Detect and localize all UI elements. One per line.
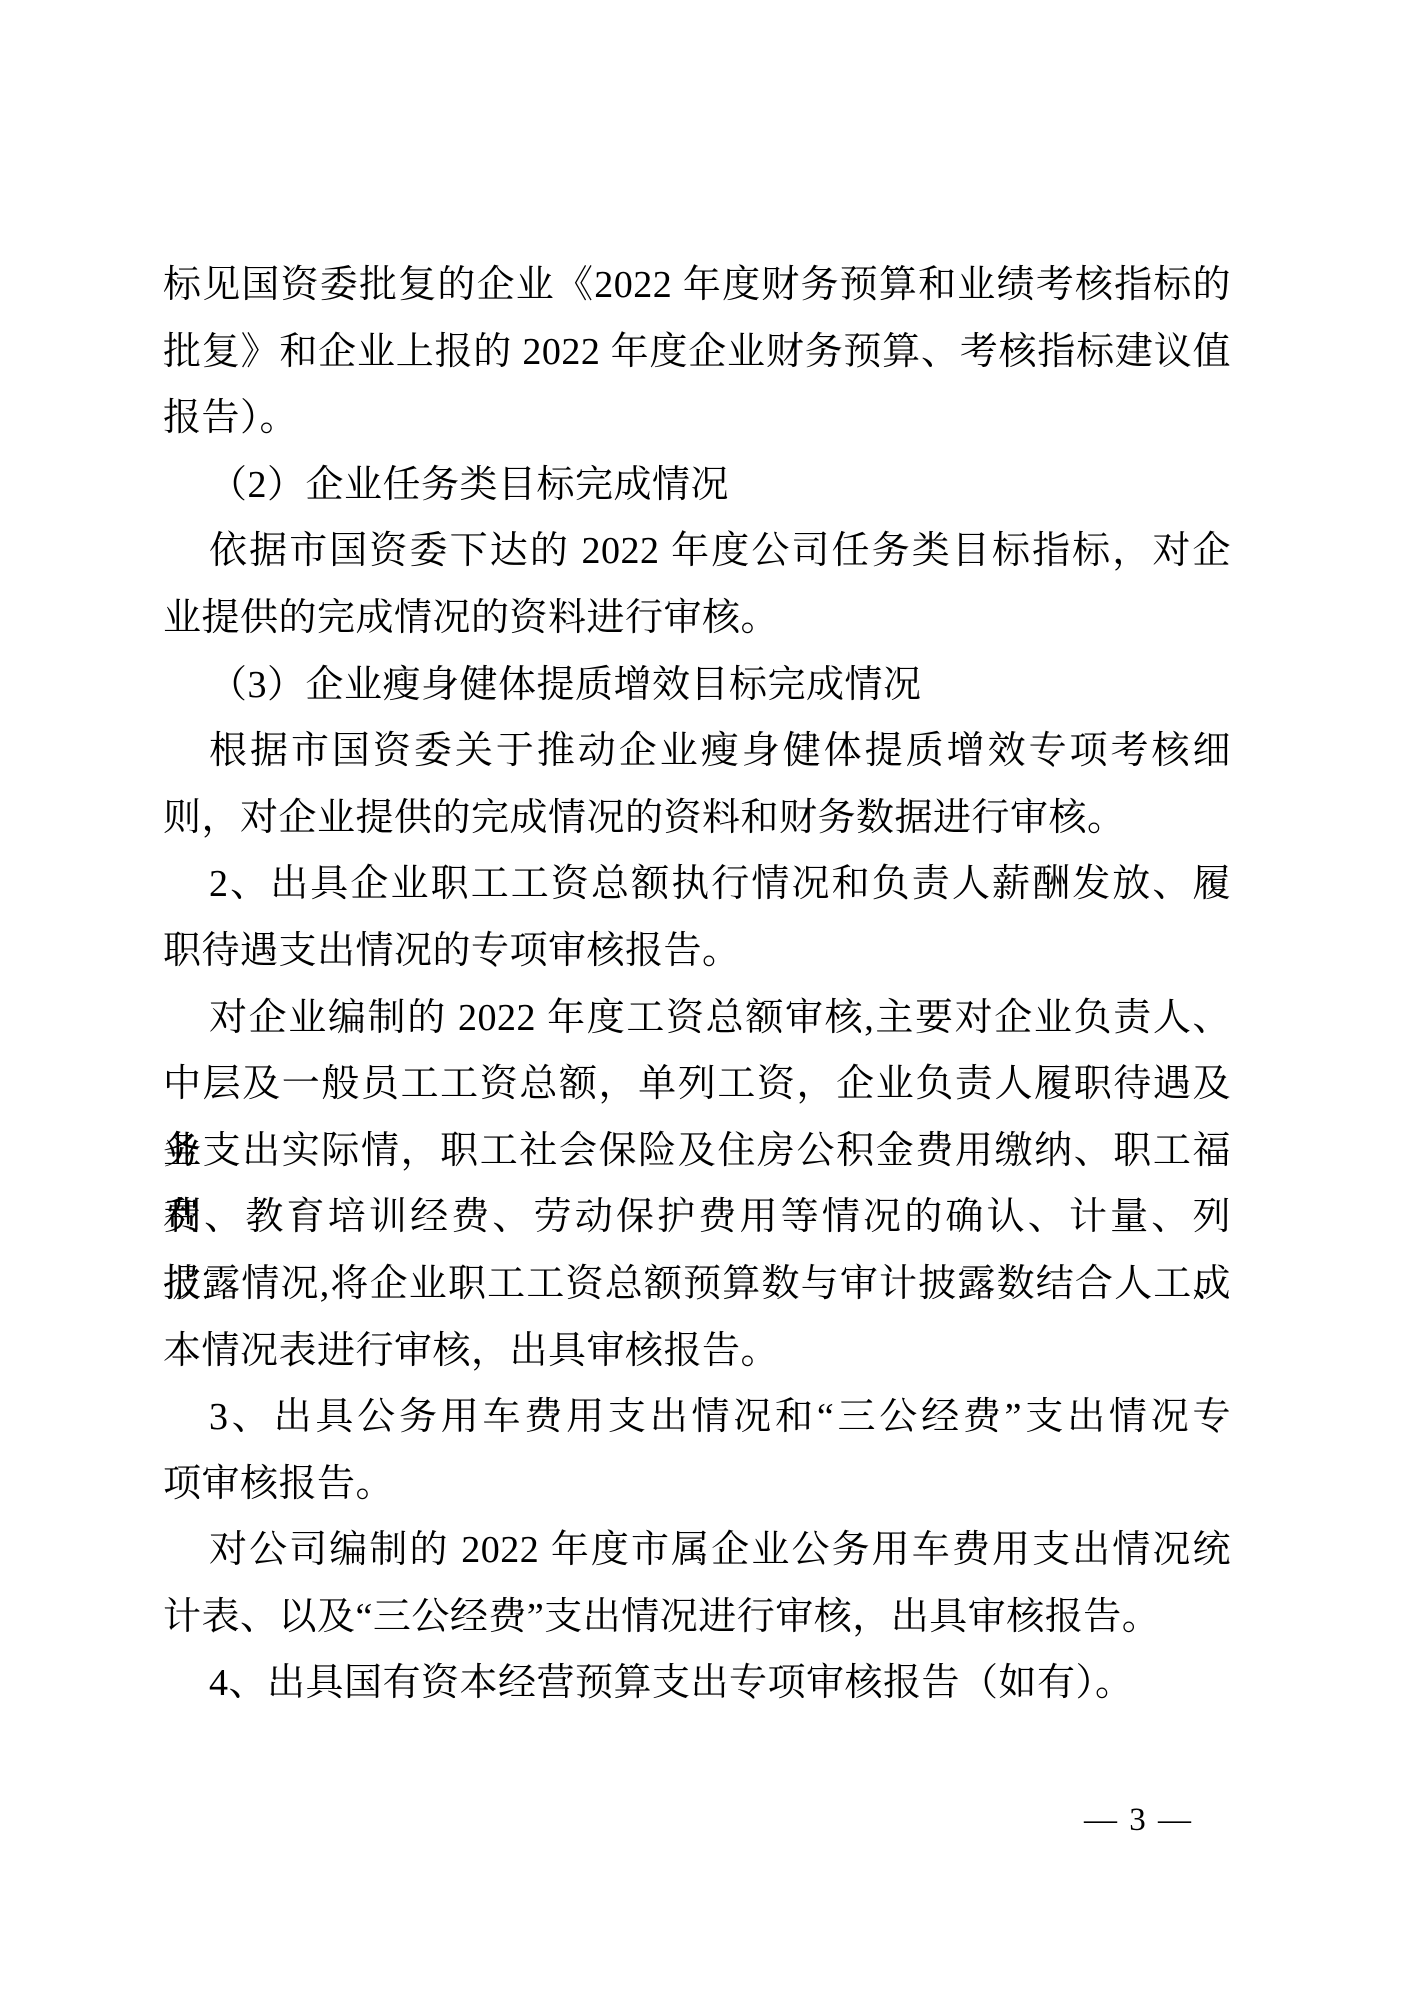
text-line: 根据市国资委关于推动企业瘦身健体提质增效专项考核细 [163,718,1231,785]
text-line: 3、出具公务用车费用支出情况和“三公经费”支出情况专 [163,1384,1231,1451]
text-line: 费、教育培训经费、劳动保护费用等情况的确认、计量、列报、 [163,1184,1231,1251]
text-line: （3）企业瘦身健体提质增效目标完成情况 [163,652,1231,719]
text-line: （2）企业任务类目标完成情况 [163,452,1231,519]
document-page: 标见国资委批复的企业《2022 年度财务预算和业绩考核指标的批复》和企业上报的 … [0,0,1411,1995]
text-line: 批复》和企业上报的 2022 年度企业财务预算、考核指标建议值 [163,319,1231,386]
text-line: 对公司编制的 2022 年度市属企业公务用车费用支出情况统 [163,1517,1231,1584]
text-line: 职待遇支出情况的专项审核报告。 [163,918,1231,985]
text-line: 务支出实际情，职工社会保险及住房公积金费用缴纳、职工福利 [163,1118,1231,1185]
text-line: 计表、以及“三公经费”支出情况进行审核，出具审核报告。 [163,1584,1231,1651]
text-line: 标见国资委批复的企业《2022 年度财务预算和业绩考核指标的 [163,252,1231,319]
text-line: 4、出具国有资本经营预算支出专项审核报告（如有）。 [163,1650,1231,1717]
text-line: 则，对企业提供的完成情况的资料和财务数据进行审核。 [163,785,1231,852]
text-line: 项审核报告。 [163,1451,1231,1518]
text-line: 披露情况,将企业职工工资总额预算数与审计披露数结合人工成 [163,1251,1231,1318]
document-body: 标见国资委批复的企业《2022 年度财务预算和业绩考核指标的批复》和企业上报的 … [163,252,1231,1717]
text-line: 依据市国资委下达的 2022 年度公司任务类目标指标，对企 [163,518,1231,585]
text-line: 中层及一般员工工资总额，单列工资，企业负责人履职待遇及业 [163,1051,1231,1118]
page-number: — 3 — [1084,1800,1193,1840]
text-line: 报告）。 [163,385,1231,452]
text-line: 对企业编制的 2022 年度工资总额审核,主要对企业负责人、 [163,985,1231,1052]
text-line: 本情况表进行审核，出具审核报告。 [163,1318,1231,1385]
text-line: 2、出具企业职工工资总额执行情况和负责人薪酬发放、履 [163,851,1231,918]
text-line: 业提供的完成情况的资料进行审核。 [163,585,1231,652]
